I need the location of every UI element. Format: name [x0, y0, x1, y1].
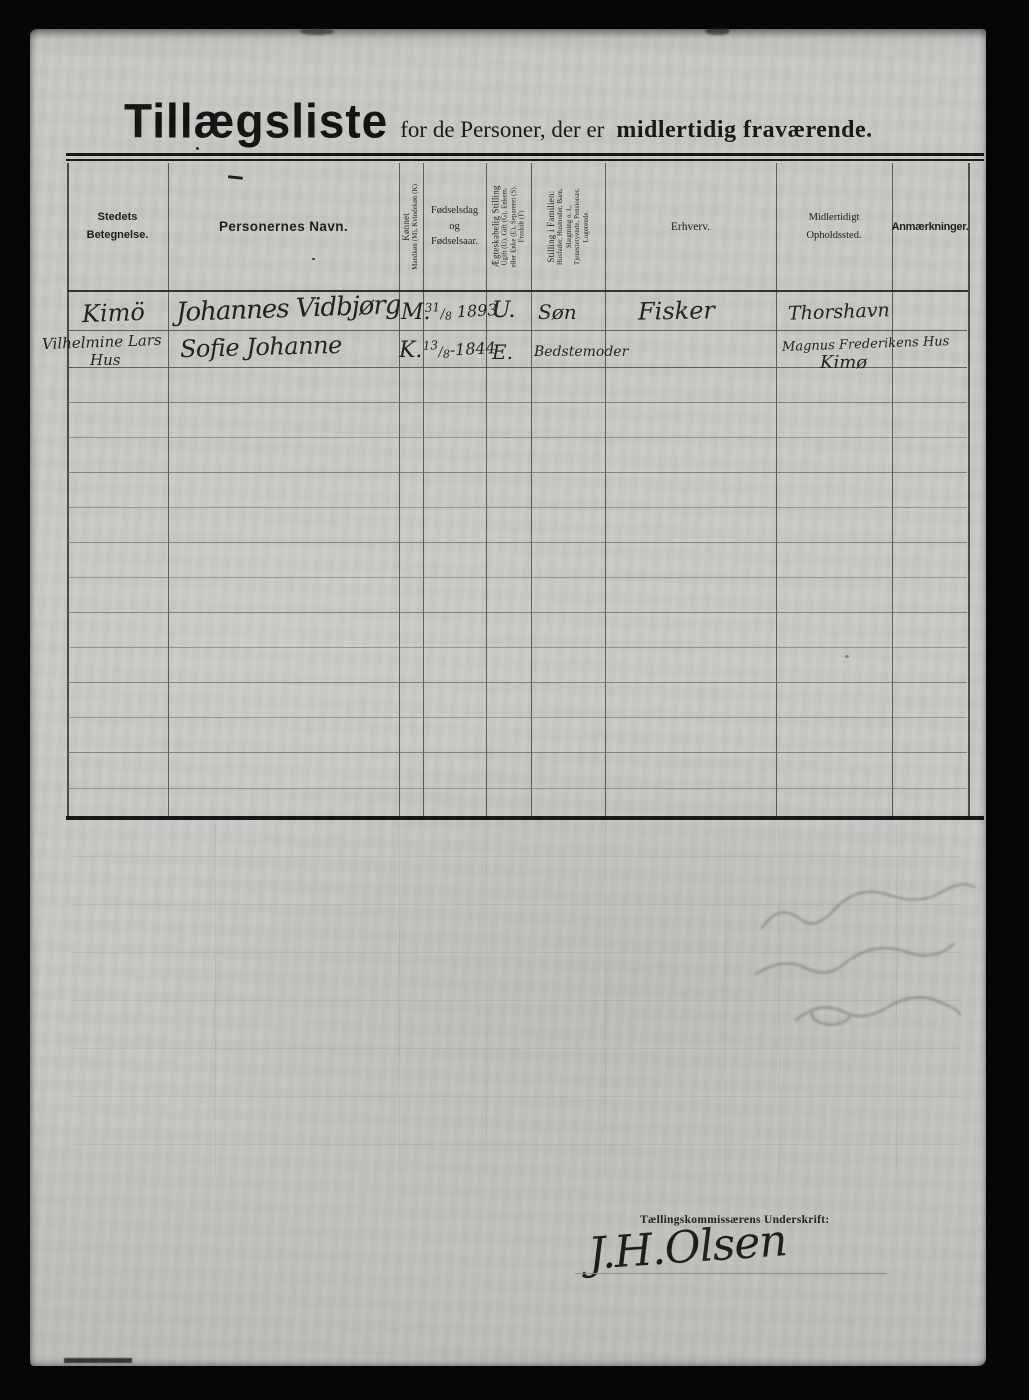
table-row-line: [68, 752, 967, 753]
entry-sex: K.: [399, 338, 422, 363]
entry-birthdate: 31/8 1893: [424, 297, 498, 324]
header-family-line3: Slægtning o. l.,: [565, 205, 573, 248]
ghost-grid-line: [72, 1096, 960, 1097]
header-marital-line4: Fraskilt (F): [518, 211, 526, 243]
dust-speck: [312, 258, 315, 260]
header-residence-line1: Midlertidigt: [806, 209, 861, 227]
entry-residence-line2: Kimø: [820, 352, 867, 373]
header-family-line5: Logerende.: [582, 211, 590, 243]
table-row-line: [68, 717, 967, 718]
entry-place-line2: Hus: [90, 351, 120, 369]
entry-marital: U.: [492, 298, 516, 323]
header-remarks-label: Anmærkninger.: [892, 221, 969, 233]
header-family: Stilling i Familien: Husfader, Husmoder,…: [531, 163, 605, 290]
entry-name: Sofie Johanne: [180, 331, 342, 363]
table-row-line: [68, 647, 967, 648]
ghost-handwriting: [750, 870, 1000, 1040]
header-place-line1: Stedets: [87, 209, 149, 226]
ghost-grid-line: [72, 1048, 960, 1049]
header-marital-line2: Ugift (U), Gift (G), Enkem.: [501, 187, 509, 265]
ghost-grid-line: [399, 822, 400, 1174]
scanned-census-page: Tillægsliste for de Personer, der er mid…: [0, 0, 1029, 1400]
table-row-line: [68, 612, 967, 613]
table-row-line: [68, 682, 967, 683]
birth-day: 31: [424, 300, 440, 315]
header-residence-line2: Opholdssted.: [806, 227, 861, 245]
header-residence: Midlertidigt Opholdssted.: [776, 163, 892, 290]
birth-day: 13: [422, 338, 438, 353]
header-marital-line3: eller Enke (E), Separeret (S).: [510, 186, 518, 268]
edge-smudge: [705, 27, 730, 35]
header-sex-line1: Kønnet: [401, 213, 412, 241]
header-occupation-label: Erhverv.: [671, 221, 710, 233]
table-row-line: [68, 330, 967, 331]
ghost-grid-line: [72, 1144, 960, 1145]
header-marital: Ægteskabelig Stilling Ugift (U), Gift (G…: [486, 163, 531, 290]
table-row-line: [68, 577, 967, 578]
header-birth-line3: Fødselsaar.: [431, 234, 478, 250]
table-row-line: [68, 542, 967, 543]
ghost-grid-line: [215, 822, 216, 1174]
table-row-line: [68, 402, 967, 403]
entry-family: Bedstemoder: [534, 344, 628, 360]
header-place-line2: Betegnelse.: [87, 227, 149, 244]
entry-family: Søn: [538, 300, 577, 324]
header-sex-line2: Mandkøn (M), Kvindekøn (K): [412, 184, 420, 270]
birth-year: 1844: [455, 338, 497, 359]
ghost-grid-line: [725, 822, 726, 1174]
entry-marital: E.: [492, 340, 513, 364]
header-family-line1: Stilling i Familien:: [545, 190, 556, 262]
printer-imprint: [64, 1358, 132, 1363]
header-place: Stedets Betegnelse.: [67, 163, 168, 290]
table-bottom-rule: [66, 816, 984, 820]
signature-line: [575, 1273, 887, 1274]
dust-speck: [845, 655, 849, 658]
header-family-line2: Husfader, Husmoder, Barn,: [557, 188, 565, 265]
table-row-line: [68, 788, 967, 789]
table-row-line: [68, 472, 967, 473]
entry-birthdate: 13/8-1844: [422, 335, 496, 362]
header-name: Personernes Navn.: [168, 163, 399, 290]
entry-place: Kimö: [82, 298, 146, 328]
header-birth-line1: Fødselsdag: [431, 203, 478, 219]
header-sex: Kønnet Mandkøn (M), Kvindekøn (K): [399, 163, 423, 290]
header-name-label: Personernes Navn.: [219, 219, 348, 234]
table-row-line: [68, 437, 967, 438]
header-birth: Fødselsdag og Fødselsaar.: [423, 163, 486, 290]
header-remarks: Anmærkninger.: [890, 163, 970, 290]
header-marital-line1: Ægteskabelig Stilling: [490, 186, 501, 268]
entry-residence: Thorshavn: [788, 299, 890, 325]
edge-smudge: [300, 28, 334, 35]
dust-speck: [196, 147, 199, 150]
header-family-line4: Tjenestetyende, Pensionær,: [574, 188, 582, 265]
table-row-line: [68, 507, 967, 508]
entry-occupation: Fisker: [638, 296, 715, 325]
ghost-grid-line: [605, 822, 606, 1174]
header-birth-line2: og: [431, 219, 478, 235]
ghost-grid-line: [72, 856, 960, 857]
header-bottom-rule: [67, 290, 968, 292]
ghost-grid-line: [486, 822, 487, 1174]
header-occupation: Erhverv.: [605, 163, 776, 290]
